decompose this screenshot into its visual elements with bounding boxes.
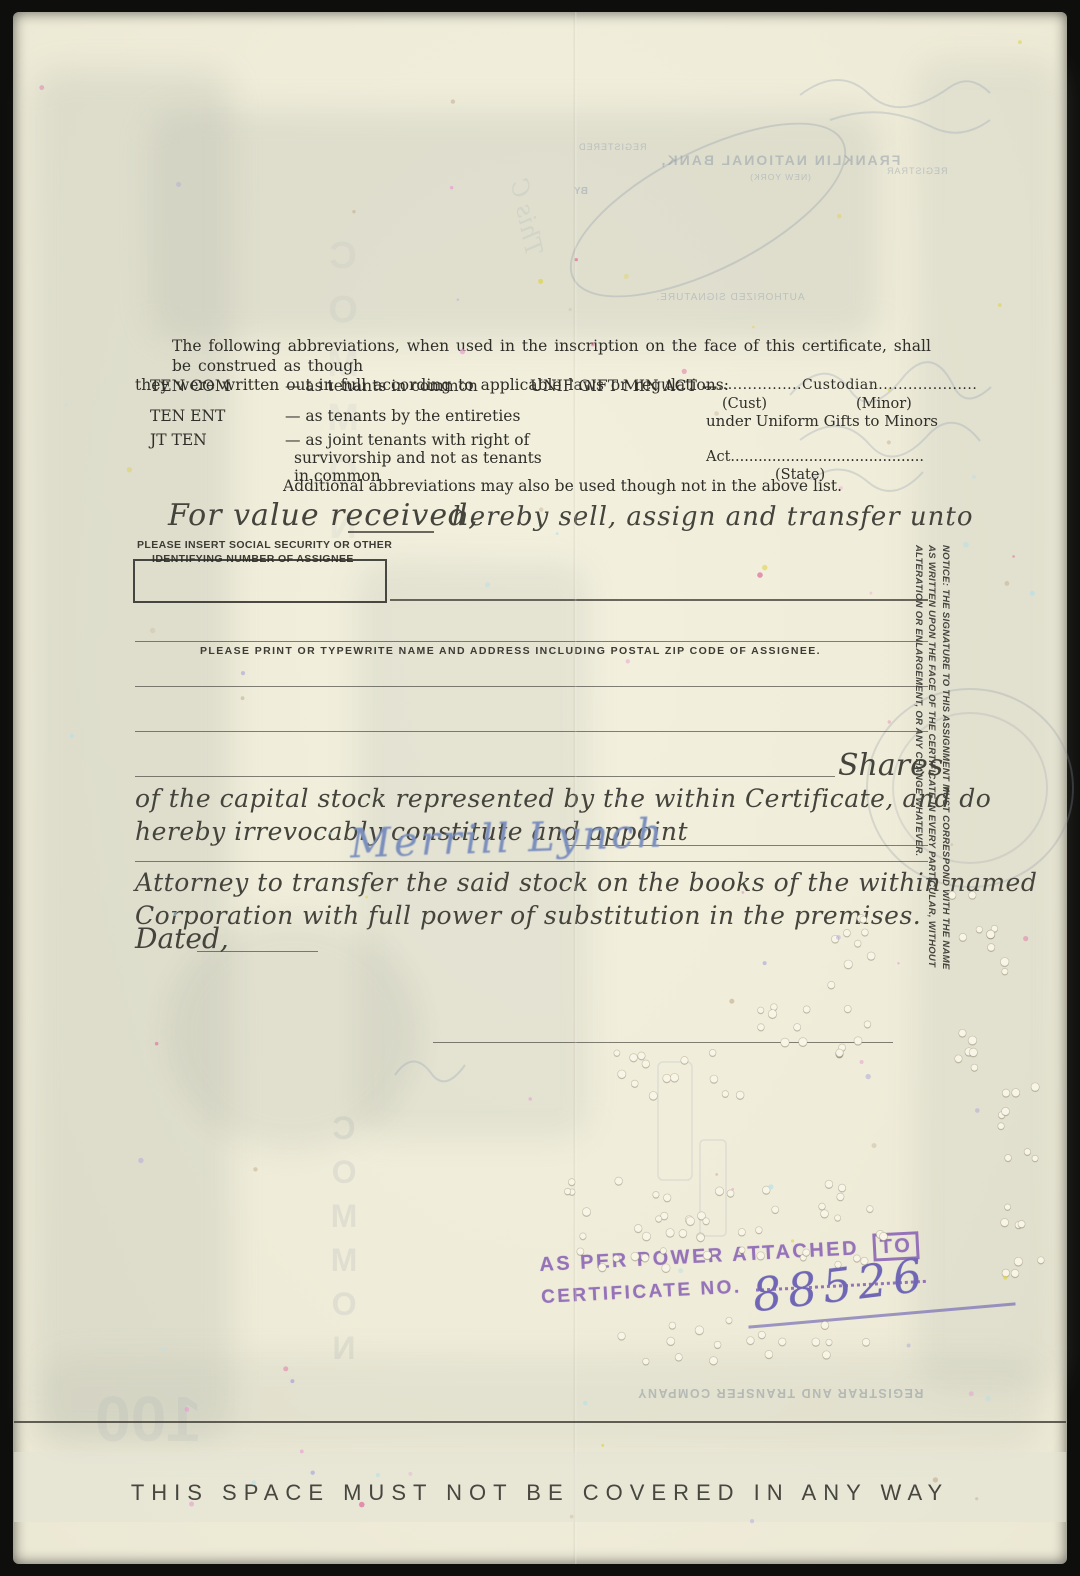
notice-line1: NOTICE: THE SIGNATURE TO THIS ASSIGNMENT… [939, 545, 953, 1015]
abbr-act-leader: Act.....................................… [706, 449, 924, 465]
abbr-jt-def2: survivorship and not as tenants [294, 449, 542, 467]
abbr-under-uniform: under Uniform Gifts to Minors [706, 412, 938, 430]
abbr-ten-com: TEN COM [150, 377, 231, 395]
shares-line [135, 776, 835, 777]
for-value-received: For value received, [168, 498, 479, 533]
for-value-blank-line [348, 531, 434, 533]
bleed-denomination-100: 100 [95, 1382, 202, 1456]
certificate-back-scan: REGISTERED FRANKLIN NATIONAL BANK, (NEW … [0, 0, 1080, 1576]
notice-line3: ALTERATION OR ENLARGEMENT, OR ANY CHANGE… [912, 545, 926, 1015]
abbr-jt-ten: JT TEN [150, 431, 207, 449]
abbr-ten-ent-def: — as tenants by the entireties [285, 407, 520, 425]
assignee-line-0 [390, 599, 928, 601]
vertical-fold-crease [573, 12, 577, 1564]
abbr-custodian-leader: ....................Custodian...........… [703, 377, 977, 393]
abbr-minor-label: (Minor) [856, 396, 912, 412]
capital-stock-line1: of the capital stock represented by the … [135, 784, 991, 813]
assignee-line-1 [135, 641, 928, 642]
dated-blank-line [197, 951, 318, 952]
signature-line [433, 1042, 893, 1043]
abbr-cust-label: (Cust) [722, 396, 767, 412]
assignee-line-2 [135, 686, 928, 687]
abbr-unif-label: UNIF GIFT MIN ACT — [530, 377, 717, 395]
bleed-registered-label: REGISTERED [578, 142, 647, 152]
bleed-transfer-company: REGISTRAR AND TRANSFER COMPANY [590, 1386, 970, 1400]
ssn-box [133, 559, 387, 603]
signature-notice-vertical: NOTICE: THE SIGNATURE TO THIS ASSIGNMENT… [912, 545, 953, 1015]
notice-line2: AS WRITTEN UPON THE FACE OF THE CERTIFIC… [925, 545, 939, 1015]
abbr-additional-note: Additional abbreviations may also be use… [283, 477, 842, 495]
abbreviations-intro-line1: The following abbreviations, when used i… [135, 337, 949, 376]
attorney-transfer-line1: Attorney to transfer the said stock on t… [135, 868, 1037, 897]
bleed-registrar-label: REGISTRAR [886, 166, 948, 176]
attorney-transfer-line2: Corporation with full power of substitut… [135, 901, 921, 930]
abbr-ten-com-def: — as tenants in common [285, 377, 478, 395]
abbr-jt-def1: — as joint tenants with right of [285, 431, 529, 449]
abbr-ten-ent: TEN ENT [150, 407, 225, 425]
print-typewrite-instruction: PLEASE PRINT OR TYPEWRITE NAME AND ADDRE… [200, 645, 940, 657]
ssn-label-line1: PLEASE INSERT SOCIAL SECURITY OR OTHER [137, 539, 392, 551]
sell-assign-transfer: hereby sell, assign and transfer unto [452, 502, 974, 532]
bottom-fold-rule [14, 1421, 1066, 1423]
bleed-common-vertical-bottom: COMMON [326, 1110, 363, 1450]
assignee-line-3 [135, 731, 928, 732]
bottom-notice: THIS SPACE MUST NOT BE COVERED IN ANY WA… [14, 1480, 1066, 1506]
